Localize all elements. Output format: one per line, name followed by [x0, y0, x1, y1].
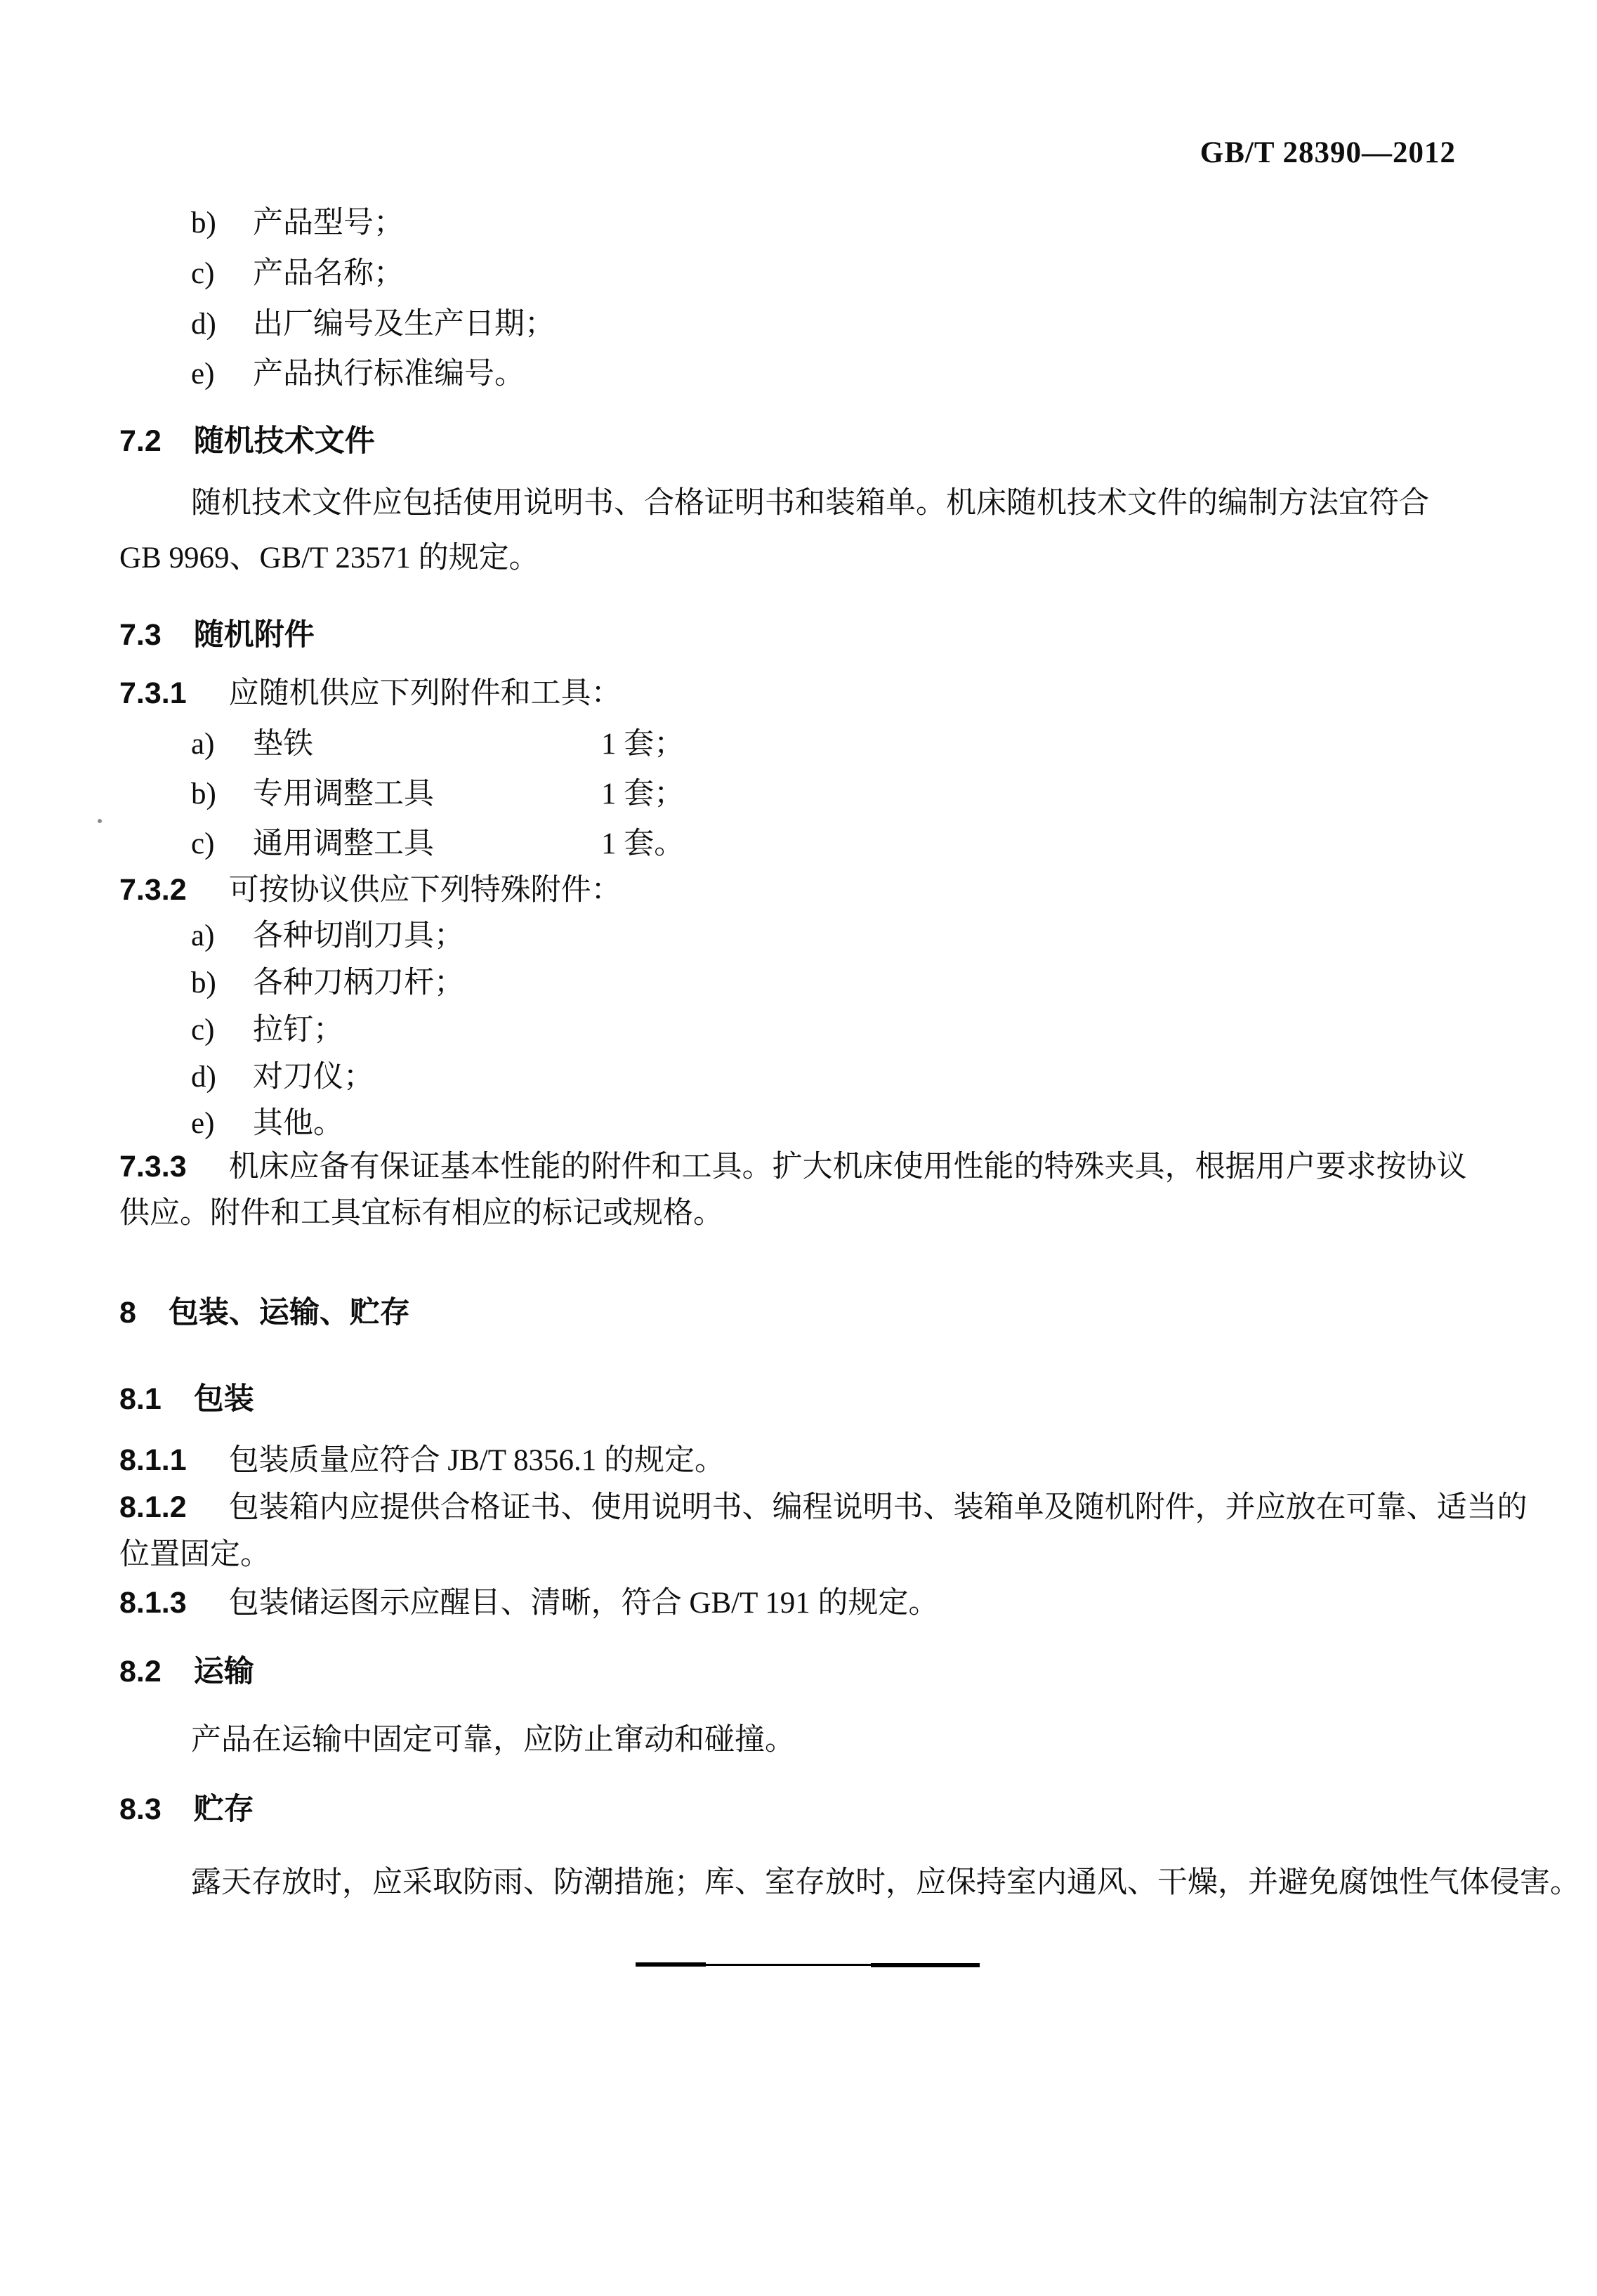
section-heading-8-1: 8.1包装 [119, 1382, 254, 1417]
special-accessory-item: d)对刀仪； [191, 1060, 374, 1094]
list-marker: d) [191, 307, 253, 341]
section-heading-8: 8包装、运输、贮存 [119, 1296, 410, 1330]
clause-7-3-1: 7.3.1应随机供应下列附件和工具： [119, 676, 622, 711]
scan-speckle [98, 819, 102, 823]
clause-number: 8.1.1 [119, 1443, 187, 1478]
clause-text: 包装储运图示应醒目、清晰，符合 GB/T 191 的规定。 [229, 1587, 939, 1620]
list-item: b)产品型号； [191, 206, 404, 240]
list-marker: b) [191, 777, 253, 811]
paragraph-line: GB 9969、GB/T 23571 的规定。 [119, 541, 539, 575]
paragraph-line: 露天存放时，应采取防雨、防潮措施；库、室存放时，应保持室内通风、干燥，并避免腐蚀… [191, 1865, 1580, 1900]
accessory-item: b)专用调整工具 [191, 777, 434, 811]
clause-7-3-2: 7.3.2可按协议供应下列特殊附件： [119, 873, 622, 907]
section-title: 随机技术文件 [194, 424, 375, 458]
list-marker: c) [191, 1013, 253, 1047]
section-number: 7.2 [119, 424, 162, 459]
accessory-quantity: 1 套； [601, 727, 684, 761]
list-item: c)产品名称； [191, 256, 404, 291]
document-page: GB/T 28390—2012 b)产品型号； c)产品名称； d)出厂编号及生… [0, 0, 1597, 2296]
clause-8-1-2: 8.1.2包装箱内应提供合格证书、使用说明书、编程说明书、装箱单及随机附件，并应… [119, 1490, 1527, 1525]
list-marker: d) [191, 1060, 253, 1094]
list-text: 垫铁 [253, 728, 313, 761]
divider-right-segment [871, 1963, 980, 1967]
list-marker: e) [191, 357, 253, 391]
clause-number: 8.1.2 [119, 1490, 187, 1525]
list-text: 专用调整工具 [253, 778, 434, 811]
section-number: 7.3 [119, 618, 162, 652]
list-text: 其他。 [253, 1107, 343, 1140]
section-title: 运输 [194, 1655, 254, 1688]
clause-text: 应随机供应下列附件和工具： [229, 677, 622, 710]
clause-8-1-3: 8.1.3包装储运图示应醒目、清晰，符合 GB/T 191 的规定。 [119, 1586, 939, 1620]
list-marker: c) [191, 256, 253, 291]
section-title: 贮存 [194, 1792, 254, 1826]
list-item: e)产品执行标准编号。 [191, 357, 525, 391]
section-heading-7-2: 7.2随机技术文件 [119, 424, 375, 459]
list-marker: c) [191, 827, 253, 861]
clause-number: 8.1.3 [119, 1586, 187, 1620]
section-title: 包装 [194, 1382, 254, 1416]
special-accessory-item: b)各种刀柄刀杆； [191, 966, 464, 1000]
section-title: 包装、运输、贮存 [169, 1296, 410, 1330]
accessory-item: c)通用调整工具 [191, 827, 434, 861]
section-number: 8 [119, 1296, 136, 1330]
list-text: 通用调整工具 [253, 827, 434, 860]
clause-text: 包装质量应符合 JB/T 8356.1 的规定。 [229, 1444, 725, 1477]
section-title: 随机附件 [194, 618, 315, 652]
accessory-item: a)垫铁 [191, 727, 313, 761]
section-heading-8-3: 8.3贮存 [119, 1792, 254, 1827]
list-text: 拉钉； [253, 1013, 343, 1047]
list-text: 各种切削刀具； [253, 919, 464, 952]
list-marker: b) [191, 966, 253, 1000]
clause-text: 包装箱内应提供合格证书、使用说明书、编程说明书、装箱单及随机附件，并应放在可靠、… [229, 1491, 1527, 1524]
list-text: 产品执行标准编号。 [253, 357, 525, 391]
clause-number: 7.3.3 [119, 1150, 187, 1184]
list-text: 产品型号； [253, 206, 404, 240]
end-divider-line [636, 1962, 980, 1967]
clause-8-1-1: 8.1.1包装质量应符合 JB/T 8356.1 的规定。 [119, 1443, 725, 1478]
list-text: 出厂编号及生产日期； [253, 308, 555, 341]
list-item: d)出厂编号及生产日期； [191, 307, 555, 341]
section-heading-7-3: 7.3随机附件 [119, 618, 315, 652]
list-marker: e) [191, 1106, 253, 1141]
section-number: 8.1 [119, 1382, 162, 1417]
special-accessory-item: a)各种切削刀具； [191, 919, 464, 953]
clause-text: 机床应备有保证基本性能的附件和工具。扩大机床使用性能的特殊夹具，根据用户要求按协… [229, 1150, 1467, 1183]
accessory-quantity: 1 套； [601, 777, 684, 811]
clause-7-3-3: 7.3.3机床应备有保证基本性能的附件和工具。扩大机床使用性能的特殊夹具，根据用… [119, 1150, 1467, 1184]
section-number: 8.2 [119, 1655, 162, 1689]
list-marker: a) [191, 727, 253, 761]
paragraph-line: 产品在运输中固定可靠，应防止窜动和碰撞。 [191, 1723, 795, 1757]
paragraph-line: 位置固定。 [119, 1537, 270, 1572]
list-text: 对刀仪； [253, 1061, 374, 1094]
clause-number: 7.3.2 [119, 873, 187, 907]
list-marker: b) [191, 206, 253, 240]
clause-number: 7.3.1 [119, 676, 187, 711]
standard-number: GB/T 28390—2012 [1200, 136, 1456, 170]
section-number: 8.3 [119, 1792, 162, 1827]
clause-text: 可按协议供应下列特殊附件： [229, 874, 622, 907]
list-text: 各种刀柄刀杆； [253, 966, 464, 999]
list-text: 产品名称； [253, 257, 404, 290]
list-marker: a) [191, 919, 253, 953]
paragraph-line: 供应。附件和工具宜标有相应的标记或规格。 [119, 1196, 723, 1231]
section-heading-8-2: 8.2运输 [119, 1655, 254, 1689]
accessory-quantity: 1 套。 [601, 827, 684, 861]
special-accessory-item: e)其他。 [191, 1106, 343, 1141]
paragraph-line: 随机技术文件应包括使用说明书、合格证明书和装箱单。机床随机技术文件的编制方法宜符… [191, 486, 1429, 520]
special-accessory-item: c)拉钉； [191, 1013, 343, 1047]
